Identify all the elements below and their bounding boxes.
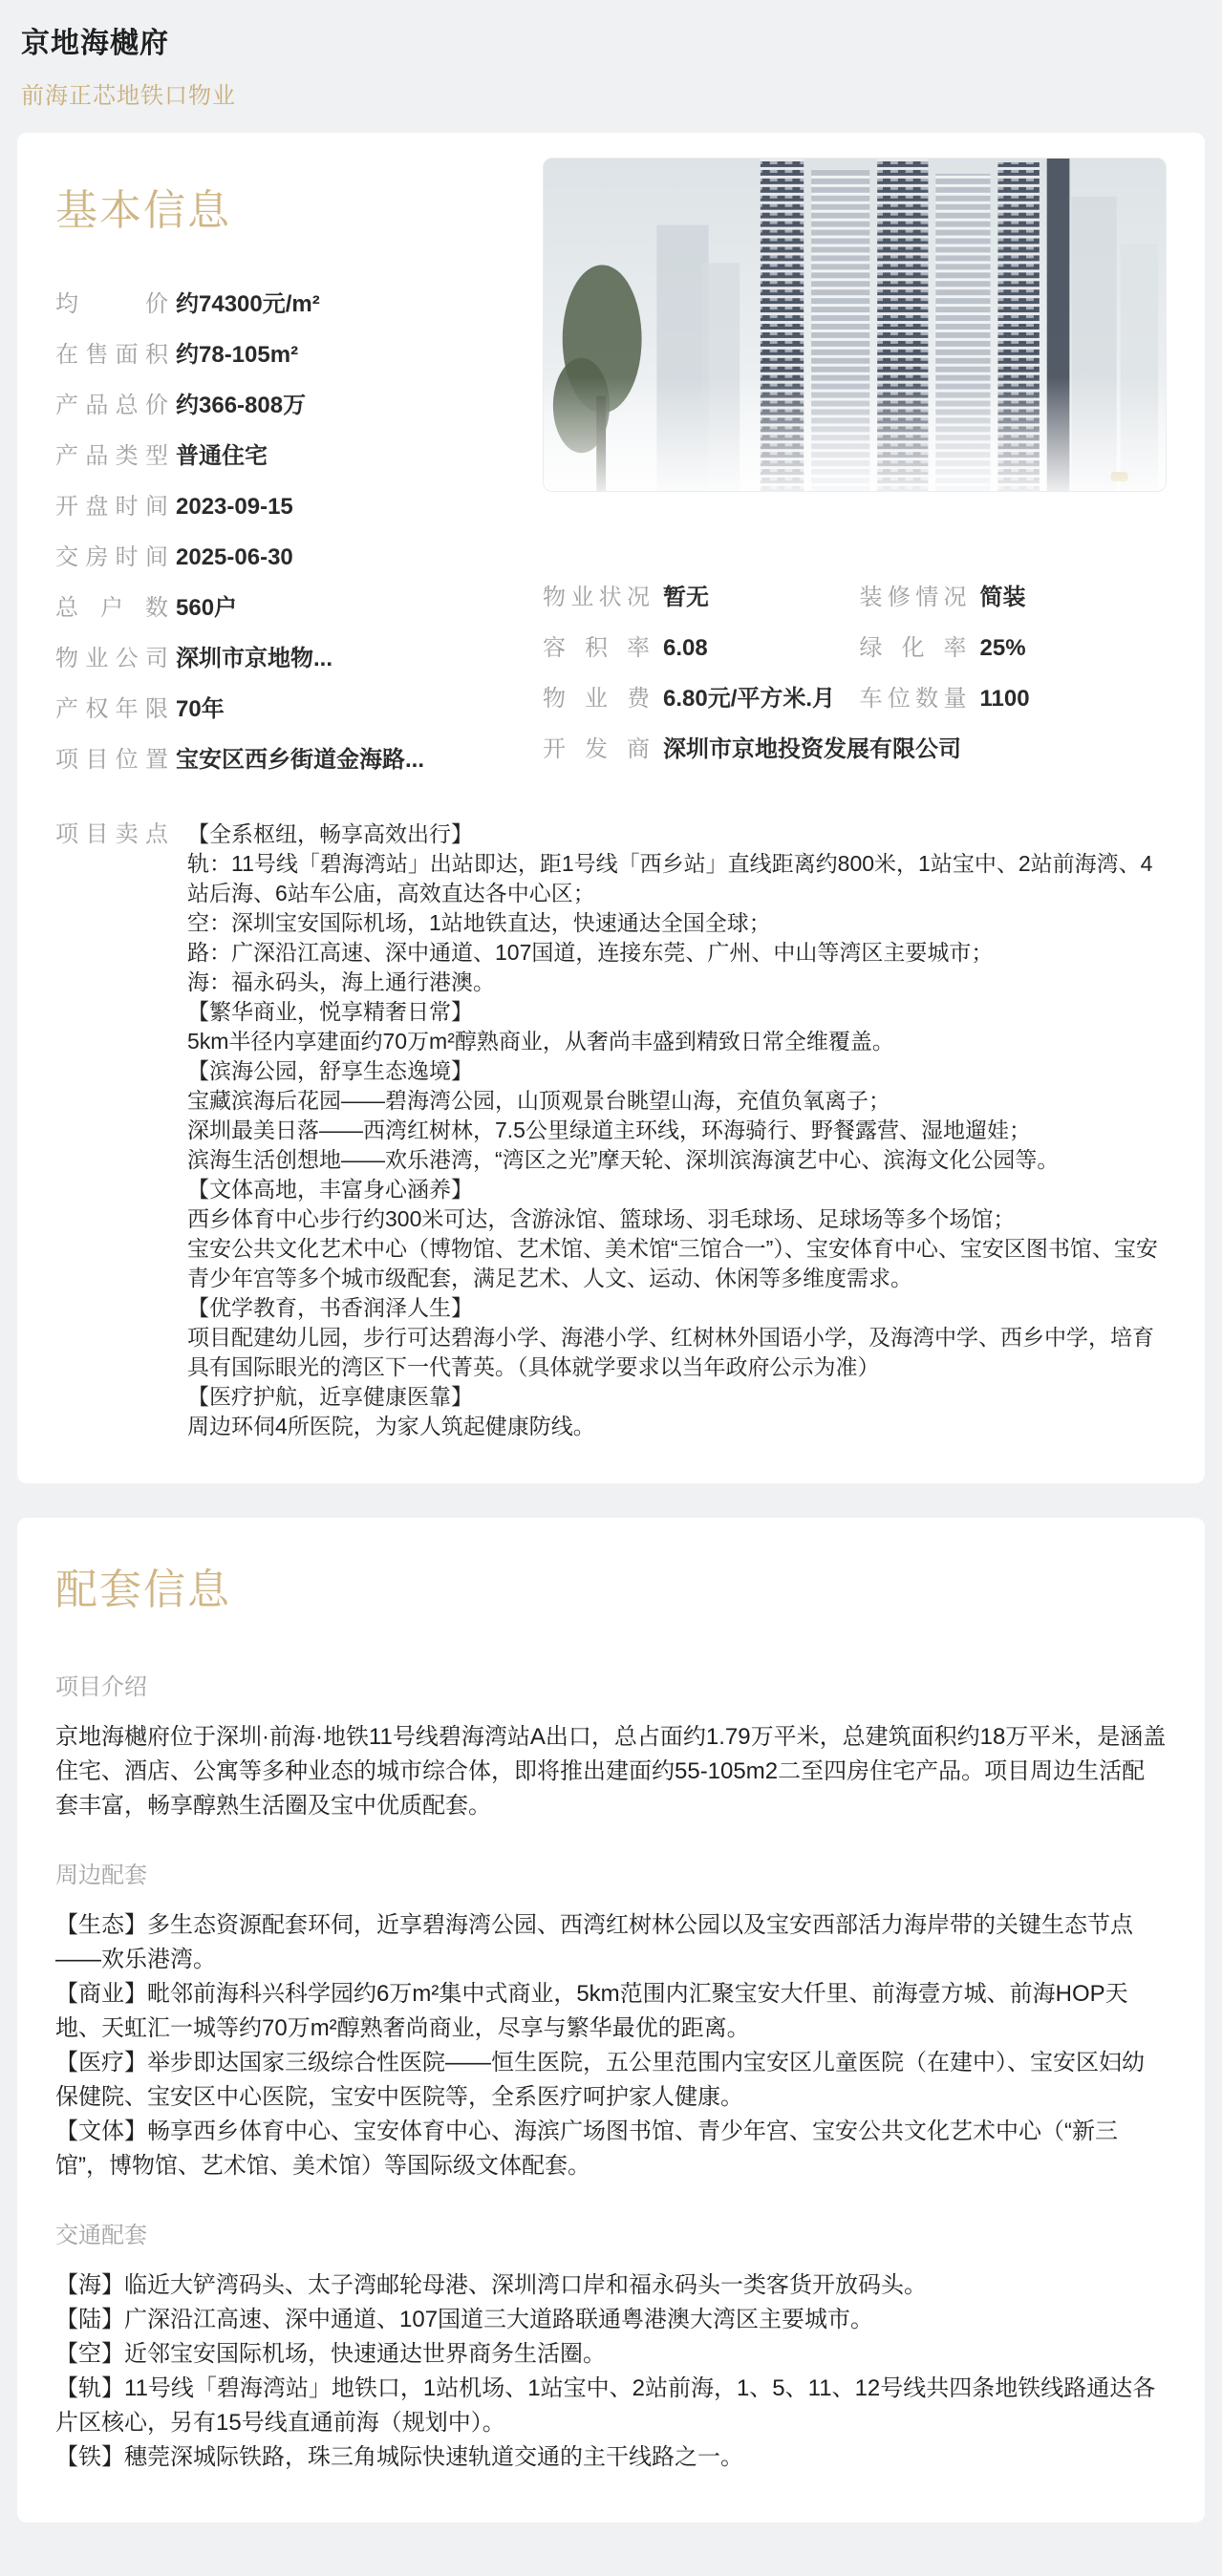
info-label: 交房时间 [55, 545, 168, 569]
info-row: 开盘时间2023-09-15 [55, 495, 525, 519]
info-row: 均价约74300元/m² [55, 292, 525, 316]
info-row: 车位数量1100 [860, 687, 1168, 711]
info-row: 装修情况简装 [860, 585, 1168, 609]
facilities-heading: 配套信息 [55, 1564, 1167, 1616]
info-value: 深圳市京地物... [176, 647, 332, 671]
info-label: 均价 [55, 292, 168, 316]
info-label: 容积率 [543, 636, 650, 660]
info-value: 6.80元/平方米.月 [663, 687, 835, 711]
facility-section: 交通配套【海】临近大铲湾码头、太子湾邮轮母港、深圳湾口岸和福永码头一类客货开放码… [55, 2216, 1167, 2475]
basic-info-heading: 基本信息 [55, 184, 525, 237]
info-value: 70年 [176, 697, 225, 721]
info-label: 开盘时间 [55, 495, 168, 519]
facility-section-text: 【生态】多生态资源配套环伺，近享碧海湾公园、西湾红树林公园以及宝安西部活力海岸带… [55, 1908, 1167, 2183]
basic-info-right-kv-grid: 物业状况暂无装修情况简装容积率6.08绿化率25%物业费6.80元/平方米.月车… [543, 585, 1167, 788]
info-row: 物业公司深圳市京地物... [55, 647, 525, 671]
info-value: 约74300元/m² [176, 292, 320, 316]
info-label: 开发商 [543, 737, 650, 761]
info-row: 产品总价约366-808万 [55, 394, 525, 417]
basic-info-left-column: 基本信息 均价约74300元/m²在售面积约78-105m²产品总价约366-8… [55, 158, 525, 798]
info-value: 560户 [176, 596, 237, 620]
info-label: 物业状况 [543, 585, 650, 609]
selling-points-label: 项目卖点 [55, 820, 168, 1441]
info-row: 绿化率25% [860, 636, 1168, 660]
info-row: 在售面积约78-105m² [55, 343, 525, 367]
info-label: 项目位置 [55, 748, 168, 772]
info-row: 项目位置宝安区西乡街道金海路... [55, 748, 525, 772]
facility-section: 项目介绍京地海樾府位于深圳·前海·地铁11号线碧海湾站A出口，总占面约1.79万… [55, 1668, 1167, 1823]
info-value: 约366-808万 [176, 394, 306, 417]
info-value: 1100 [980, 687, 1030, 711]
facility-section-text: 【海】临近大铲湾码头、太子湾邮轮母港、深圳湾口岸和福永码头一类客货开放码头。 【… [55, 2268, 1167, 2475]
info-row: 交房时间2025-06-30 [55, 545, 525, 569]
selling-points-text: 【全系枢纽，畅享高效出行】 轨：11号线「碧海湾站」出站即达，距1号线「西乡站」… [187, 820, 1167, 1441]
info-row: 总户数560户 [55, 596, 525, 620]
page-title: 京地海樾府 [21, 19, 1201, 61]
info-row: 物业状况暂无 [543, 585, 850, 609]
info-label: 装修情况 [860, 585, 967, 609]
info-label: 在售面积 [55, 343, 168, 367]
facilities-card: 配套信息 项目介绍京地海樾府位于深圳·前海·地铁11号线碧海湾站A出口，总占面约… [17, 1518, 1205, 2523]
info-value: 2025-06-30 [176, 545, 293, 569]
basic-info-right-column: 物业状况暂无装修情况简装容积率6.08绿化率25%物业费6.80元/平方米.月车… [543, 158, 1167, 798]
info-label: 产权年限 [55, 697, 168, 721]
basic-info-grid: 基本信息 均价约74300元/m²在售面积约78-105m²产品总价约366-8… [55, 158, 1167, 798]
info-label: 总户数 [55, 596, 168, 620]
basic-info-kv-list: 均价约74300元/m²在售面积约78-105m²产品总价约366-808万产品… [55, 292, 525, 772]
facility-section-label: 交通配套 [55, 2216, 1167, 2249]
info-value: 暂无 [663, 585, 709, 609]
info-label: 物业公司 [55, 647, 168, 671]
info-row: 产品类型普通住宅 [55, 444, 525, 468]
info-row: 开发商深圳市京地投资发展有限公司 [543, 737, 1167, 761]
building-rendering-image [544, 159, 1166, 491]
info-value: 普通住宅 [176, 444, 268, 468]
facility-section-label: 项目介绍 [55, 1668, 1167, 1701]
info-value: 6.08 [663, 636, 708, 660]
info-label: 绿化率 [860, 636, 967, 660]
info-row: 物业费6.80元/平方米.月 [543, 687, 850, 711]
info-label: 产品总价 [55, 394, 168, 417]
page-subtitle: 前海正芯地铁口物业 [21, 76, 1201, 110]
selling-points-row: 项目卖点 【全系枢纽，畅享高效出行】 轨：11号线「碧海湾站」出站即达，距1号线… [55, 820, 1167, 1441]
basic-info-card: 基本信息 均价约74300元/m²在售面积约78-105m²产品总价约366-8… [17, 133, 1205, 1483]
facility-section: 周边配套【生态】多生态资源配套环伺，近享碧海湾公园、西湾红树林公园以及宝安西部活… [55, 1856, 1167, 2183]
facilities-sections: 项目介绍京地海樾府位于深圳·前海·地铁11号线碧海湾站A出口，总占面约1.79万… [55, 1668, 1167, 2475]
info-row: 产权年限70年 [55, 697, 525, 721]
page-header: 京地海樾府 前海正芯地铁口物业 [0, 0, 1222, 133]
info-value: 25% [980, 636, 1026, 660]
info-value: 2023-09-15 [176, 495, 293, 519]
facility-section-label: 周边配套 [55, 1856, 1167, 1889]
property-photo[interactable] [543, 158, 1167, 492]
facility-section-text: 京地海樾府位于深圳·前海·地铁11号线碧海湾站A出口，总占面约1.79万平米，总… [55, 1720, 1167, 1823]
info-label: 车位数量 [860, 687, 967, 711]
info-label: 产品类型 [55, 444, 168, 468]
info-value: 简装 [980, 585, 1026, 609]
page: 京地海樾府 前海正芯地铁口物业 基本信息 均价约74300元/m²在售面积约78… [0, 0, 1222, 2576]
info-row: 容积率6.08 [543, 636, 850, 660]
info-label: 物业费 [543, 687, 650, 711]
info-value: 宝安区西乡街道金海路... [176, 748, 424, 772]
info-value: 深圳市京地投资发展有限公司 [663, 737, 961, 761]
info-value: 约78-105m² [176, 343, 298, 367]
